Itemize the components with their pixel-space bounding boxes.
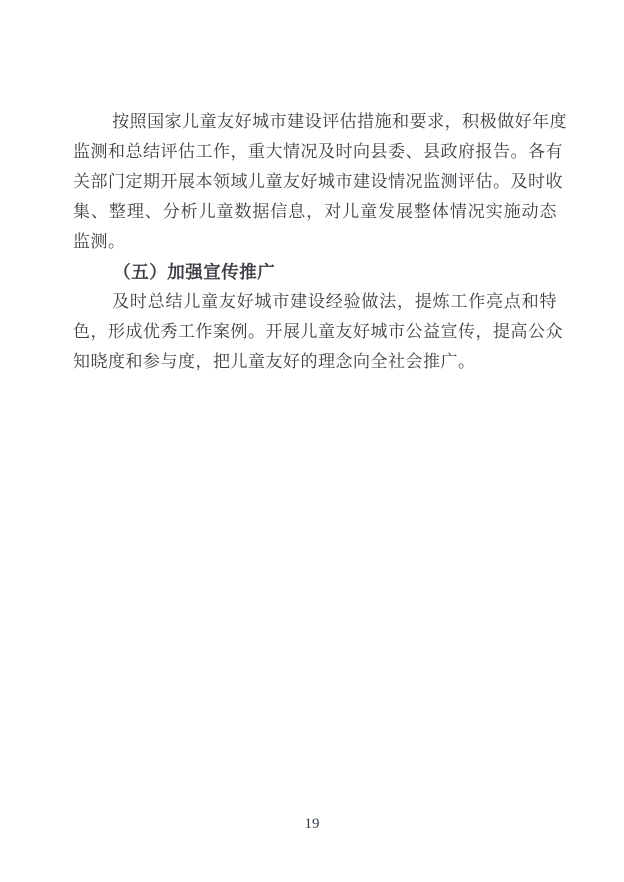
page-content: 按照国家儿童友好城市建设评估措施和要求，积极做好年度监测和总结评估工作，重大情况… <box>73 107 557 377</box>
document-page: 按照国家儿童友好城市建设评估措施和要求，积极做好年度监测和总结评估工作，重大情况… <box>0 0 624 882</box>
text-line: 知晓度和参与度，把儿童友好的理念向全社会推广。 <box>73 347 557 377</box>
text-line: 色，形成优秀工作案例。开展儿童友好城市公益宣传，提高公众 <box>73 317 557 347</box>
paragraph-monitoring-evaluation: 按照国家儿童友好城市建设评估措施和要求，积极做好年度监测和总结评估工作，重大情况… <box>73 107 557 257</box>
text-line: 按照国家儿童友好城市建设评估措施和要求，积极做好年度 <box>73 107 557 137</box>
text-line: 及时总结儿童友好城市建设经验做法，提炼工作亮点和特 <box>73 287 557 317</box>
text-line: 监测和总结评估工作，重大情况及时向县委、县政府报告。各有 <box>73 137 557 167</box>
paragraph-publicity-promotion: 及时总结儿童友好城市建设经验做法，提炼工作亮点和特色，形成优秀工作案例。开展儿童… <box>73 287 557 377</box>
text-line: 集、整理、分析儿童数据信息，对儿童发展整体情况实施动态 <box>73 197 557 227</box>
text-line: 监测。 <box>73 227 557 257</box>
section-heading-promote-publicity: （五）加强宣传推广 <box>73 257 557 287</box>
page-number: 19 <box>0 813 624 835</box>
text-line: 关部门定期开展本领域儿童友好城市建设情况监测评估。及时收 <box>73 167 557 197</box>
